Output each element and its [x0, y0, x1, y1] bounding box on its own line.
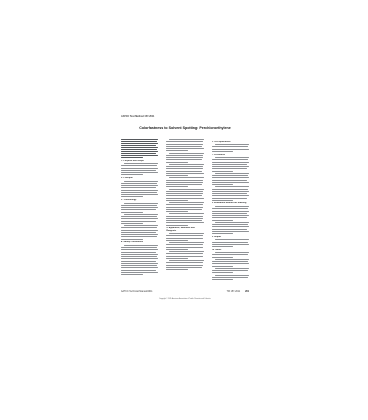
greeked-text-line — [212, 279, 234, 280]
greeked-text-line — [166, 244, 202, 245]
text-column-1: 1. Purpose and Scope2. Principle3. Termi… — [121, 139, 158, 289]
greeked-paragraph — [166, 164, 203, 176]
greeked-text-line — [121, 254, 158, 255]
greeked-text-line — [215, 222, 249, 223]
section-heading: 6. Test Specimens — [212, 141, 249, 144]
greeked-text-line — [212, 166, 249, 167]
greeked-paragraph — [212, 173, 249, 185]
greeked-text-line — [212, 257, 234, 258]
section-heading: 1. Purpose and Scope — [121, 160, 158, 163]
greeked-paragraph — [166, 189, 203, 201]
greeked-text-line — [212, 162, 249, 163]
greeked-text-line — [166, 166, 202, 167]
greeked-text-line — [121, 212, 143, 213]
greeked-paragraph — [212, 252, 249, 258]
greeked-text-line — [212, 149, 249, 150]
greeked-text-line — [166, 218, 203, 219]
greeked-text-line — [121, 221, 156, 222]
greeked-text-line — [212, 263, 249, 264]
greeked-text-line — [212, 211, 249, 212]
greeked-text-line — [169, 233, 203, 234]
greeked-paragraph — [166, 139, 203, 151]
greeked-text-line — [215, 206, 249, 207]
greeked-text-line — [166, 168, 203, 169]
greeked-text-line — [166, 175, 188, 176]
greeked-text-line — [166, 225, 188, 226]
greeked-paragraph — [121, 245, 158, 275]
greeked-text-line — [121, 258, 158, 259]
greeked-text-line — [166, 173, 203, 174]
greeked-paragraph — [212, 186, 249, 201]
header-method-id: AATCC Test Method 157-2011 — [121, 115, 154, 118]
greeked-text-line — [212, 182, 249, 183]
greeked-text-line — [212, 266, 234, 267]
greeked-text-line — [169, 177, 203, 178]
footer-manual-label: AATCC Technical Manual/2011 — [121, 291, 153, 294]
greeked-text-line — [121, 147, 158, 148]
greeked-text-line — [212, 254, 248, 255]
greeked-text-line — [121, 272, 158, 273]
greeked-text-line — [215, 239, 249, 240]
section-heading: 2. Principle — [121, 177, 158, 180]
greeked-text-line — [212, 229, 247, 230]
greeked-text-line — [121, 174, 143, 175]
greeked-text-line — [121, 183, 157, 184]
footer-method-ref: TM 157-2011 281 — [227, 291, 249, 294]
greeked-text-line — [212, 261, 248, 262]
greeked-text-line — [121, 187, 156, 188]
greeked-text-line — [166, 265, 203, 266]
greeked-text-line — [121, 263, 158, 264]
text-column-2: 5. Apparatus, Materials and Reagents — [166, 139, 203, 289]
greeked-text-line — [124, 181, 158, 182]
greeked-text-line — [166, 235, 202, 236]
greeked-text-line — [166, 184, 201, 185]
greeked-text-line — [121, 141, 157, 142]
greeked-text-line — [121, 232, 156, 233]
greeked-text-line — [166, 258, 188, 259]
greeked-text-line — [166, 157, 203, 158]
greeked-text-line — [212, 246, 234, 247]
greeked-text-line — [121, 274, 143, 275]
greeked-paragraph — [212, 275, 249, 281]
greeked-text-line — [166, 216, 202, 217]
greeked-paragraph — [212, 144, 249, 152]
greeked-text-line — [166, 204, 202, 205]
greeked-text-line — [166, 256, 203, 257]
greeked-text-line — [166, 220, 201, 221]
greeked-text-line — [166, 171, 201, 172]
footer-page-number: 281 — [245, 291, 249, 294]
text-column-3: 6. Test Specimens7. Procedure8. Evaluati… — [212, 139, 249, 289]
greeked-text-line — [121, 216, 157, 217]
greeked-text-line — [121, 196, 143, 197]
greeked-text-line — [212, 171, 234, 172]
greeked-text-line — [212, 231, 249, 232]
greeked-text-line — [212, 184, 234, 185]
greeked-text-line — [166, 150, 188, 151]
greeked-text-line — [169, 189, 203, 190]
greeked-text-line — [215, 173, 249, 174]
greeked-text-line — [121, 207, 158, 208]
greeked-text-line — [212, 217, 248, 218]
greeked-paragraph — [166, 202, 203, 212]
greeked-text-line — [212, 159, 248, 160]
greeked-text-line — [121, 168, 158, 169]
greeked-paragraph — [121, 181, 158, 198]
greeked-text-line — [166, 267, 201, 268]
greeked-text-line — [166, 141, 202, 142]
section-heading: 9. Report — [212, 236, 249, 239]
greeked-paragraph — [121, 163, 158, 175]
greeked-text-line — [121, 223, 143, 224]
greeked-text-line — [212, 244, 249, 245]
greeked-text-line — [212, 180, 247, 181]
greeked-paragraph — [212, 268, 249, 274]
greeked-text-line — [212, 270, 248, 271]
greeked-text-line — [212, 272, 234, 273]
greeked-text-line — [121, 218, 158, 219]
greeked-text-line — [166, 200, 188, 201]
section-heading: 3. Terminology — [121, 199, 158, 202]
section-heading: 5. Apparatus, Materials and Reagents — [166, 227, 203, 232]
greeked-paragraph — [212, 239, 249, 247]
greeked-text-line — [169, 153, 203, 154]
greeked-text-line — [121, 151, 158, 152]
greeked-text-line — [212, 189, 248, 190]
greeked-text-line — [169, 164, 203, 165]
greeked-text-line — [166, 191, 202, 192]
greeked-text-line — [166, 186, 188, 187]
greeked-paragraph — [166, 251, 203, 259]
greeked-paragraph — [166, 260, 203, 270]
copyright-line: Copyright © 2011 American Association of… — [112, 299, 258, 301]
greeked-text-line — [166, 144, 203, 145]
document-title: Colorfastness to Solvent Spotting: Perch… — [118, 126, 252, 130]
greeked-text-line — [212, 213, 247, 214]
greeked-text-line — [121, 247, 157, 248]
greeked-text-line — [215, 144, 249, 145]
greeked-paragraph — [212, 157, 249, 172]
greeked-paragraph — [121, 225, 158, 240]
greeked-text-line — [212, 151, 234, 152]
greeked-text-line — [121, 249, 158, 250]
greeked-text-line — [212, 191, 249, 192]
greeked-text-line — [121, 261, 156, 262]
greeked-text-line — [124, 225, 158, 226]
greeked-text-line — [121, 239, 143, 240]
footer-method-number: TM 157-2011 — [227, 291, 241, 294]
greeked-text-line — [166, 222, 203, 223]
greeked-text-line — [124, 163, 158, 164]
greeked-text-line — [212, 224, 248, 225]
greeked-text-line — [166, 146, 201, 147]
greeked-text-line — [121, 170, 156, 171]
greeked-text-line — [169, 260, 203, 261]
greeked-text-line — [169, 242, 203, 243]
greeked-text-line — [121, 157, 143, 158]
greeked-paragraph — [166, 153, 203, 163]
greeked-text-line — [212, 220, 234, 221]
greeked-text-line — [212, 215, 249, 216]
greeked-text-line — [212, 164, 247, 165]
greeked-text-line — [212, 146, 248, 147]
greeked-text-line — [166, 238, 203, 239]
greeked-text-line — [121, 234, 158, 235]
greeked-paragraph — [212, 206, 249, 221]
section-heading: 8. Evaluation Method for Staining — [212, 202, 249, 205]
greeked-text-line — [121, 209, 156, 210]
section-heading: 7. Procedure — [212, 154, 249, 157]
greeked-text-line — [121, 267, 158, 268]
greeked-paragraph — [166, 213, 203, 225]
greeked-text-line — [212, 233, 234, 234]
greeked-text-line — [121, 270, 156, 271]
greeked-text-line — [166, 159, 201, 160]
greeked-text-line — [121, 265, 157, 266]
greeked-paragraph — [212, 222, 249, 234]
greeked-text-line — [212, 242, 248, 243]
greeked-text-line — [215, 275, 249, 276]
greeked-text-line — [121, 194, 158, 195]
greeked-paragraph — [166, 242, 203, 250]
greeked-text-line — [121, 172, 158, 173]
section-heading: 4. Safety Precautions — [121, 241, 158, 244]
greeked-text-line — [166, 182, 203, 183]
greeked-text-line — [121, 227, 157, 228]
greeked-text-line — [166, 262, 202, 263]
greeked-text-line — [124, 203, 158, 204]
greeked-text-line — [215, 252, 249, 253]
greeked-paragraph — [121, 203, 158, 213]
greeked-paragraph — [121, 214, 158, 224]
greeked-text-line — [212, 208, 248, 209]
greeked-text-line — [121, 149, 157, 150]
greeked-text-line — [121, 190, 158, 191]
greeked-text-line — [166, 195, 201, 196]
greeked-text-line — [121, 252, 156, 253]
greeked-text-line — [121, 155, 158, 156]
section-heading: 10. Notes — [212, 249, 249, 252]
greeked-text-line — [166, 198, 203, 199]
document-page: AATCC Test Method 157-2011 Colorfastness… — [112, 106, 258, 308]
history-preamble — [121, 139, 158, 158]
greeked-text-line — [166, 247, 203, 248]
greeked-text-line — [212, 175, 248, 176]
greeked-text-line — [166, 240, 188, 241]
greeked-text-line — [169, 139, 203, 140]
greeked-text-line — [166, 155, 202, 156]
greeked-text-line — [166, 162, 188, 163]
greeked-text-line — [212, 277, 248, 278]
greeked-text-line — [166, 148, 203, 149]
greeked-text-line — [121, 143, 158, 144]
greeked-text-line — [166, 253, 202, 254]
greeked-text-line — [169, 202, 203, 203]
greeked-text-line — [212, 193, 247, 194]
greeked-text-line — [166, 209, 201, 210]
greeked-text-line — [215, 186, 249, 187]
greeked-text-line — [212, 226, 249, 227]
greeked-text-line — [212, 177, 249, 178]
document-header: AATCC Test Method 157-2011 — [121, 115, 154, 118]
greeked-text-line — [121, 256, 157, 257]
greeked-text-line — [121, 165, 157, 166]
greeked-text-line — [166, 193, 203, 194]
greeked-text-line — [212, 200, 234, 201]
greeked-text-line — [121, 185, 158, 186]
greeked-text-line — [166, 269, 188, 270]
greeked-text-line — [121, 205, 157, 206]
greeked-text-line — [169, 251, 203, 252]
document-footer: AATCC Technical Manual/2011 TM 157-2011 … — [121, 291, 249, 294]
greeked-paragraph — [166, 233, 203, 241]
document-body: 1. Purpose and Scope2. Principle3. Termi… — [121, 139, 249, 289]
greeked-text-line — [166, 249, 188, 250]
greeked-text-line — [169, 213, 203, 214]
greeked-text-line — [121, 236, 157, 237]
greeked-text-line — [215, 259, 249, 260]
greeked-text-line — [166, 211, 188, 212]
greeked-text-line — [166, 180, 202, 181]
greeked-text-line — [121, 145, 156, 146]
greeked-text-line — [215, 268, 249, 269]
screenshot-background: AATCC Test Method 157-2011 Colorfastness… — [0, 0, 368, 420]
greeked-text-line — [124, 214, 158, 215]
greeked-text-line — [124, 245, 158, 246]
greeked-text-line — [212, 198, 248, 199]
greeked-text-line — [212, 168, 248, 169]
greeked-text-line — [166, 207, 203, 208]
greeked-text-line — [121, 192, 157, 193]
greeked-text-line — [212, 195, 249, 196]
greeked-text-line — [215, 157, 249, 158]
greeked-paragraph — [166, 177, 203, 187]
greeked-text-line — [121, 230, 158, 231]
greeked-paragraph — [212, 259, 249, 267]
greeked-text-line — [121, 153, 156, 154]
